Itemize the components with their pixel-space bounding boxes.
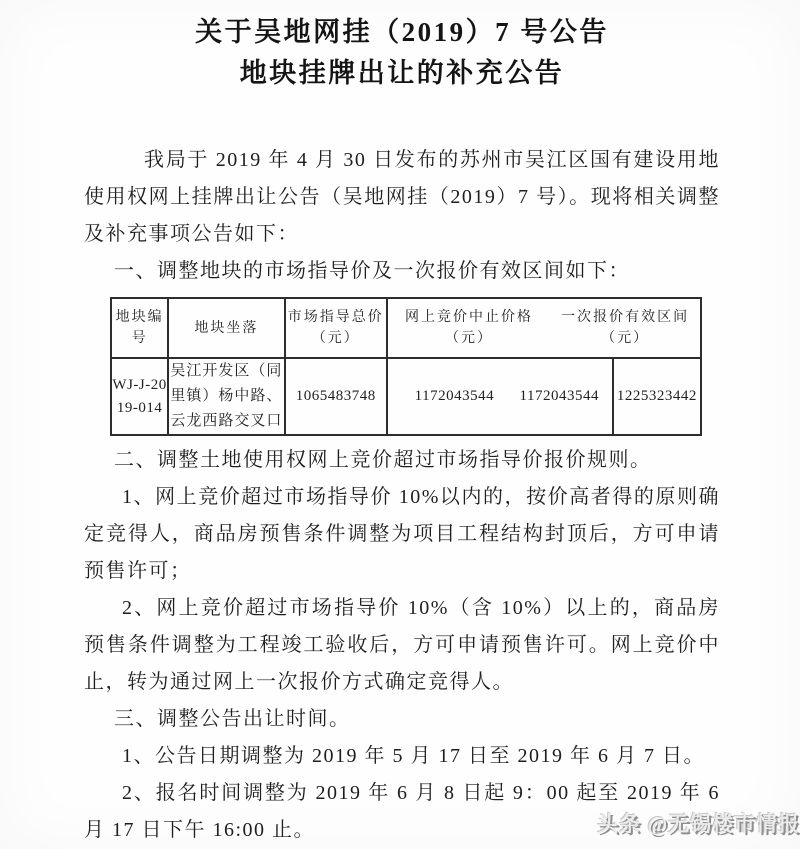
offer-range-high-cell: 1225323442 bbox=[613, 358, 701, 435]
section3-heading: 三、调整公告出让时间。 bbox=[84, 701, 720, 738]
section1-heading: 一、调整地块的市场指导价及一次报价有效区间如下： bbox=[84, 253, 720, 290]
location-cell: 吴江开发区（同里镇）杨中路、云龙西路交叉口 bbox=[168, 358, 284, 435]
watermark: 头条 @无锡楼市情报 bbox=[597, 806, 800, 843]
document-title-line1: 关于吴地网挂（2019）7 号公告 bbox=[84, 12, 720, 53]
section3-item1: 1、公告日期调整为 2019 年 5 月 17 日至 2019 年 6 月 7 … bbox=[84, 738, 720, 775]
price-table: 地块编号 地块坐落 市场指导总价 （元） 网上竞价中止价格 （元） bbox=[110, 297, 702, 436]
section2-item2: 2、网上竞价超过市场指导价 10%（含 10%）以上的，商品房预售条件调整为工程… bbox=[84, 590, 720, 701]
col-header-offer-range-label: 一次报价有效区间 bbox=[550, 307, 700, 328]
col-header-market-price-unit: （元） bbox=[286, 328, 386, 349]
col-header-halt-price-label: 网上竞价中止价格 bbox=[388, 307, 550, 328]
col-header-plot-number: 地块编号 bbox=[111, 298, 168, 358]
col-header-location-label: 地块坐落 bbox=[194, 321, 258, 336]
halt-price-value: 1172043544 bbox=[402, 378, 507, 415]
col-header-halt-price-unit: （元） bbox=[388, 328, 550, 349]
section2-heading: 二、调整土地使用权网上竞价超过市场指导价报价规则。 bbox=[84, 442, 720, 479]
col-header-halt-price: 网上竞价中止价格 （元） bbox=[388, 307, 550, 349]
col-header-plot-number-label: 地块编号 bbox=[116, 310, 164, 346]
section2-item1: 1、网上竞价超过市场指导价 10%以内的，按价高者得的原则确定竞得人，商品房预售… bbox=[84, 479, 720, 590]
table-header-row: 地块编号 地块坐落 市场指导总价 （元） 网上竞价中止价格 （元） bbox=[111, 298, 701, 358]
col-header-offer-range-unit: （元） bbox=[550, 328, 700, 349]
col-header-offer-range: 一次报价有效区间 （元） bbox=[550, 307, 700, 349]
halt-price-cell: 1172043544 1172043544 bbox=[387, 358, 613, 435]
market-price-cell: 1065483748 bbox=[285, 358, 387, 435]
document-page: 关于吴地网挂（2019）7 号公告 地块挂牌出让的补充公告 我局于 2019 年… bbox=[0, 0, 800, 849]
offer-range-low-value: 1172043544 bbox=[507, 378, 612, 415]
col-header-location: 地块坐落 bbox=[168, 298, 284, 358]
col-header-market-price: 市场指导总价 （元） bbox=[285, 298, 387, 358]
plot-number-cell: WJ-J-2019-014 bbox=[111, 358, 168, 435]
col-header-market-price-label: 市场指导总价 bbox=[286, 307, 386, 328]
col-header-bid-group: 网上竞价中止价格 （元） 一次报价有效区间 （元） bbox=[387, 298, 701, 358]
intro-paragraph: 我局于 2019 年 4 月 30 日发布的苏州市吴江区国有建设用地使用权网上挂… bbox=[84, 142, 720, 253]
table-data-row: WJ-J-2019-014 吴江开发区（同里镇）杨中路、云龙西路交叉口 1065… bbox=[111, 358, 701, 435]
document-title-line2: 地块挂牌出让的补充公告 bbox=[84, 53, 720, 94]
